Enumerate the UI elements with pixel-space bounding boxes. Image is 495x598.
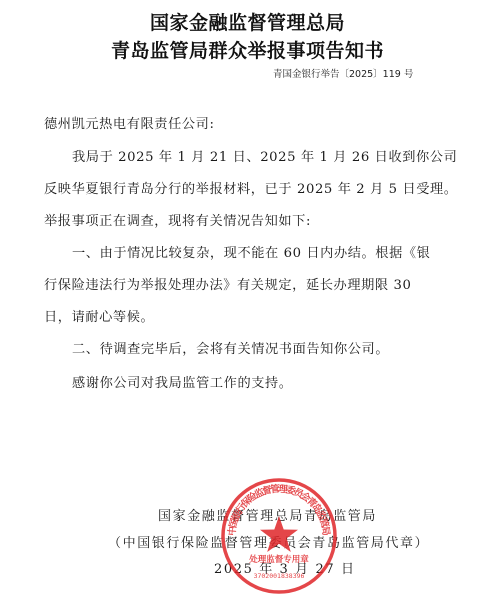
official-seal-stamp: 中国银行保险监督管理委员会青岛监管局 处理监督专用章 3702001838396 [219, 476, 339, 596]
star-icon [260, 516, 298, 552]
body-paragraph-1-line-1: 我局于 2025 年 1 月 21 日、2025 年 1 月 26 日收到你公司 [72, 146, 457, 165]
closing-thanks: 感谢你公司对我局监管工作的支持。 [72, 372, 293, 391]
body-paragraph-1-line-2: 反映华夏银行青岛分行的举报材料，已于 2025 年 2 月 5 日受理。 [44, 178, 458, 197]
addressee: 德州凯元热电有限责任公司: [44, 113, 215, 132]
body-paragraph-1-line-3: 举报事项正在调查，现将有关情况告知如下: [44, 210, 311, 229]
document-title-line2: 青岛监管局群众举报事项告知书 [0, 36, 495, 63]
item-2-line-1: 二、待调查完毕后，会将有关情况书面告知你公司。 [72, 338, 389, 357]
item-1-line-3: 日，请耐心等候。 [44, 306, 154, 325]
stamp-serial-number: 3702001838396 [254, 572, 305, 580]
document-number: 青国金银行举告〔2025〕119 号 [273, 66, 413, 80]
item-1-line-1: 一、由于情况比较复杂，现不能在 60 日内办结。根据《银 [72, 242, 430, 261]
stamp-purpose-text: 处理监督专用章 [248, 554, 309, 565]
document-title-line1: 国家金融监督管理总局 [0, 8, 495, 35]
item-1-line-2: 行保险违法行为举报处理办法》有关规定，延长办理期限 30 [44, 274, 411, 293]
